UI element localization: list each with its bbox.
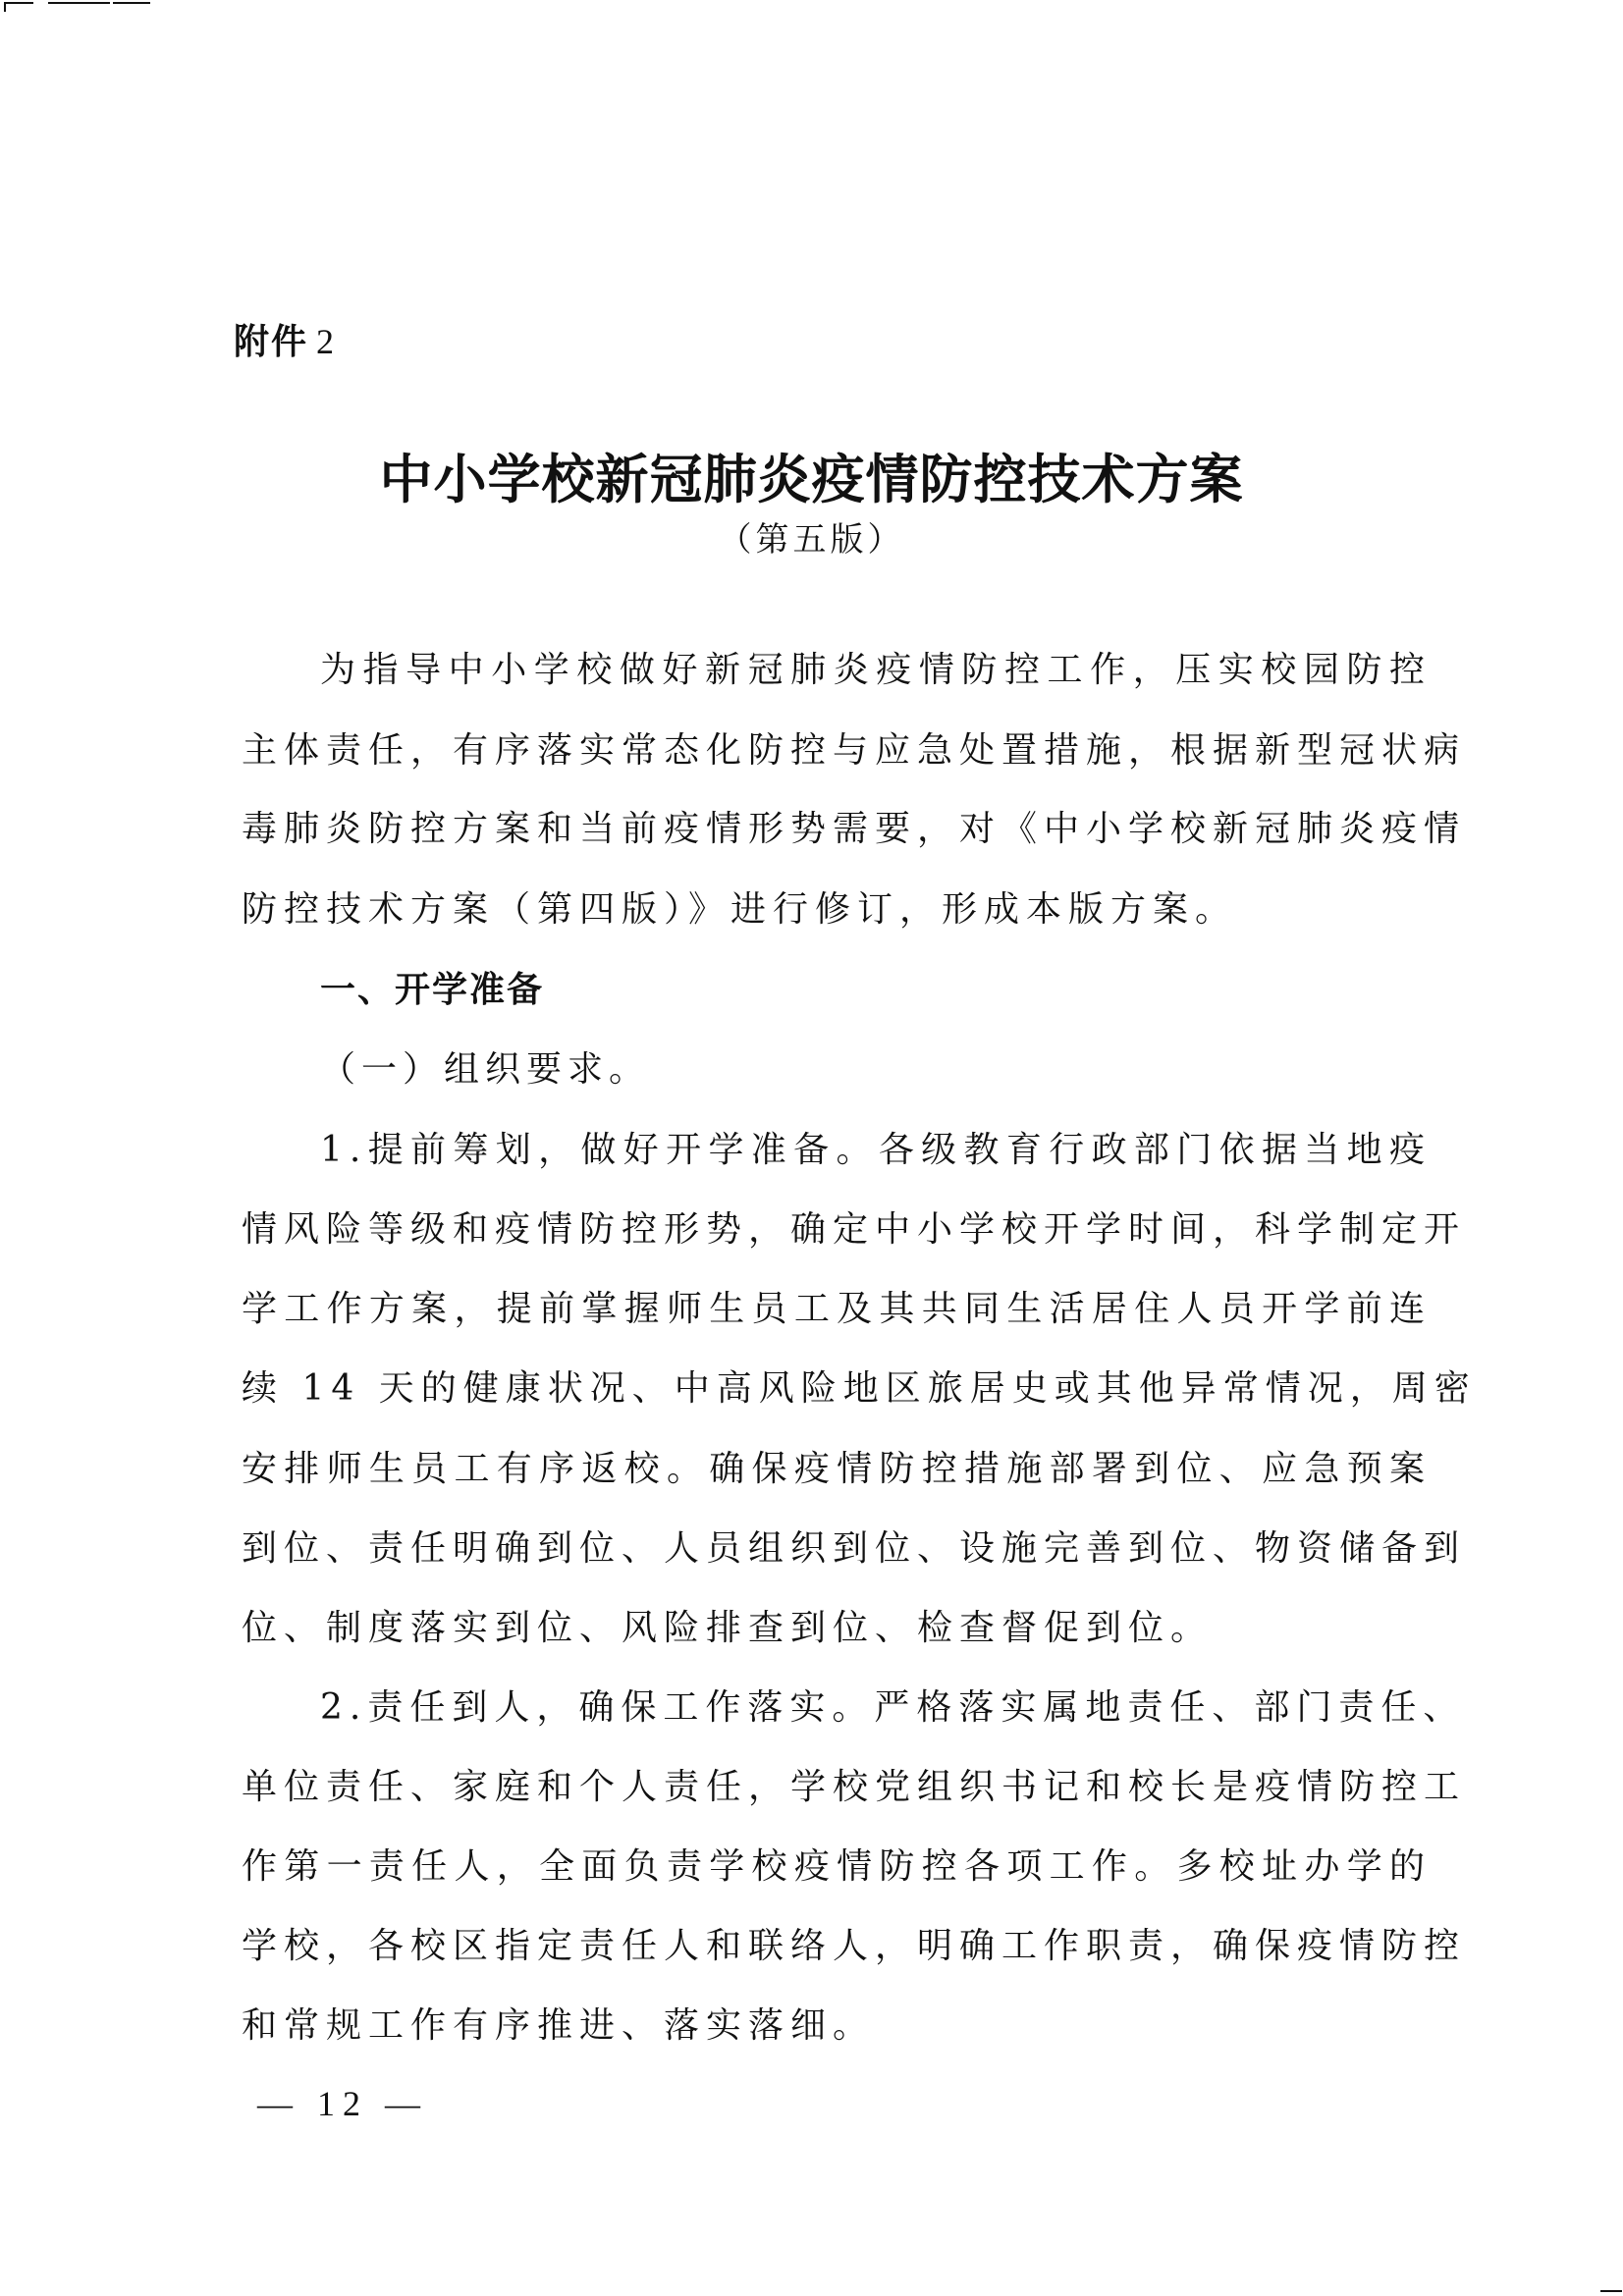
document-title: 中小学校新冠肺炎疫情防控技术方案: [0, 438, 1623, 513]
scan-artifact-top-left: [4, 2, 33, 4]
document-subtitle: （第五版）: [0, 512, 1623, 561]
document-page: 附件2 中小学校新冠肺炎疫情防控技术方案 （第五版） 为指导中小学校做好新冠肺炎…: [0, 0, 1623, 2296]
item-1-line: 1.提前筹划，做好开学准备。各级教育行政部门依据当地疫: [320, 1129, 1432, 1172]
item-1-line: 情风险等级和疫情防控形势，确定中小学校开学时间，科学制定开: [242, 1208, 1432, 1252]
item-1-line: 学工作方案，提前掌握师生员工及其共同生活居住人员开学前连: [242, 1288, 1432, 1331]
intro-line: 防控技术方案（第四版）》进行修订，形成本版方案。: [242, 888, 1432, 932]
page-number: — 12 —: [257, 2083, 428, 2124]
item-2-line: 学校，各校区指定责任人和联络人，明确工作职责，确保疫情防控: [242, 1925, 1432, 1968]
item-1-line: 续 14 天的健康状况、中高风险地区旅居史或其他异常情况，周密: [242, 1367, 1432, 1411]
item-1-line: 位、制度落实到位、风险排查到位、检查督促到位。: [242, 1607, 1432, 1650]
item-2-line: 作第一责任人，全面负责学校疫情防控各项工作。多校址办学的: [242, 1845, 1432, 1889]
item-1-line: 安排师生员工有序返校。确保疫情防控措施部署到位、应急预案: [242, 1448, 1432, 1491]
subsection-heading: （一）组织要求。: [320, 1048, 650, 1092]
scan-artifact-top-line-2: [113, 2, 150, 4]
annex-number: 2: [316, 322, 336, 361]
item-2-line: 2.责任到人，确保工作落实。严格落实属地责任、部门责任、: [320, 1686, 1432, 1730]
intro-line: 主体责任，有序落实常态化防控与应急处置措施，根据新型冠状病: [242, 729, 1432, 773]
item-2-line: 和常规工作有序推进、落实落细。: [242, 2004, 1432, 2048]
annex-label-text: 附件: [234, 322, 308, 362]
section-heading: 一、开学准备: [320, 969, 544, 1012]
item-2-line: 单位责任、家庭和个人责任，学校党组织书记和校长是疫情防控工: [242, 1766, 1432, 1809]
item-1-line: 到位、责任明确到位、人员组织到位、设施完善到位、物资储备到: [242, 1527, 1432, 1571]
intro-line: 为指导中小学校做好新冠肺炎疫情防控工作，压实校园防控: [320, 649, 1432, 692]
scan-artifact-top-line-1: [48, 2, 110, 4]
scan-artifact-top-left-tick: [4, 2, 6, 12]
intro-line: 毒肺炎防控方案和当前疫情形势需要，对《中小学校新冠肺炎疫情: [242, 808, 1432, 851]
annex-label: 附件2: [234, 314, 336, 364]
scan-artifact-bottom-right: [1600, 2290, 1622, 2292]
